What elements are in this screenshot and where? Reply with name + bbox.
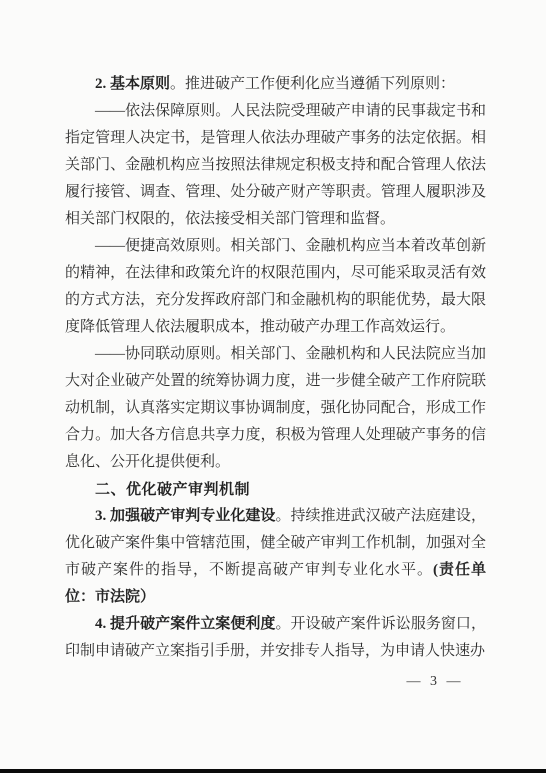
document-page: 2. 基本原则。推进破产工作便利化应当遵循下列原则：——依法保障原则。人民法院受… bbox=[0, 0, 546, 773]
paragraph: 4. 提升破产案件立案便利度。开设破产案件诉讼服务窗口，印制申请破产立案指引手册… bbox=[65, 611, 486, 665]
text-run: ——协同联动原则。相关部门、金融机构和人民法院应当加大对企业破产处置的统筹协调力… bbox=[65, 346, 486, 470]
paragraph: ——便捷高效原则。相关部门、金融机构应当本着改革创新的精神，在法律和政策允许的权… bbox=[65, 233, 486, 341]
text-run: 2. 基本原则 bbox=[95, 76, 170, 92]
paragraph: 3. 加强破产审判专业化建设。持续推进武汉破产法庭建设，优化破产案件集中管辖范围… bbox=[65, 503, 486, 611]
paragraph: 2. 基本原则。推进破产工作便利化应当遵循下列原则： bbox=[65, 71, 486, 98]
page-number: — 3 — bbox=[400, 674, 470, 690]
paragraph: ——依法保障原则。人民法院受理破产申请的民事裁定书和指定管理人决定书，是管理人依… bbox=[65, 98, 486, 233]
text-run: 4. 提升破产案件立案便利度 bbox=[95, 616, 275, 632]
text-run: ——依法保障原则。人民法院受理破产申请的民事裁定书和指定管理人决定书，是管理人依… bbox=[65, 103, 486, 227]
text-run: 二、优化破产审判机制 bbox=[95, 481, 250, 498]
section-heading: 二、优化破产审判机制 bbox=[65, 476, 486, 503]
paragraph: ——协同联动原则。相关部门、金融机构和人民法院应当加大对企业破产处置的统筹协调力… bbox=[65, 341, 486, 476]
document-body: 2. 基本原则。推进破产工作便利化应当遵循下列原则：——依法保障原则。人民法院受… bbox=[65, 71, 486, 665]
text-run: 3. 加强破产审判专业化建设 bbox=[95, 508, 275, 524]
text-run: ——便捷高效原则。相关部门、金融机构应当本着改革创新的精神，在法律和政策允许的权… bbox=[65, 238, 486, 335]
text-run: 。推进破产工作便利化应当遵循下列原则： bbox=[170, 76, 455, 92]
scan-edge-artifact bbox=[0, 769, 546, 773]
